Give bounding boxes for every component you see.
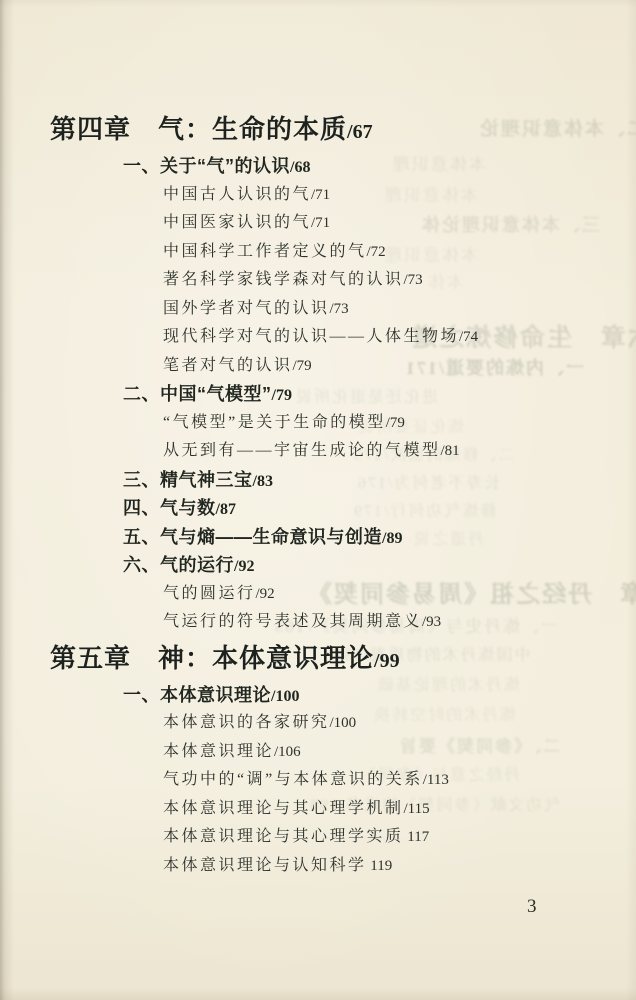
entry-page-number: /92 xyxy=(256,586,275,602)
entry-title: 著名科学家钱学森对气的认识 xyxy=(163,271,404,288)
toc-entry: 中国科学工作者定义的气/72 xyxy=(163,238,636,267)
entry-title: 第四章 气：生命的本质 xyxy=(50,115,347,144)
entry-title: 本体意识理论 xyxy=(163,743,274,760)
toc-chapter-heading: 第五章 神：本体意识理论/99 xyxy=(50,637,636,681)
toc-entry: 六、气的运行/92 xyxy=(123,551,636,580)
entry-page-number: /73 xyxy=(330,301,349,317)
entry-page-number: /106 xyxy=(274,744,301,760)
entry-title: 本体意识理论与其心理学机制 xyxy=(163,800,404,817)
entry-page-number: /79 xyxy=(386,415,405,431)
entry-title: 气功中的“调”与本体意识的关系 xyxy=(163,771,423,788)
entry-title: 四、气与数 xyxy=(123,498,216,518)
toc-entry: 本体意识理论与其心理学机制/115 xyxy=(163,795,636,824)
entry-title: 本体意识理论与认知科学 xyxy=(163,857,367,874)
page-number: 3 xyxy=(527,896,537,918)
entry-title: 五、气与熵——生命意识与创造 xyxy=(123,527,382,547)
entry-page-number: /67 xyxy=(347,121,373,143)
toc-entry: 四、气与数/87 xyxy=(123,494,636,523)
toc-entry: 一、关于“气”的认识/68 xyxy=(123,152,636,181)
entry-page-number: /89 xyxy=(382,530,402,547)
entry-title: 第五章 神：本体意识理论 xyxy=(50,644,374,673)
entry-page-number: /87 xyxy=(216,501,236,518)
entry-title: 二、中国“气模型” xyxy=(123,384,272,404)
toc-entry: 中国医家认识的气/71 xyxy=(163,209,636,238)
entry-title: 中国科学工作者定义的气 xyxy=(163,243,367,260)
entry-title: 中国医家认识的气 xyxy=(163,214,311,231)
toc-entry: 国外学者对气的认识/73 xyxy=(163,295,636,324)
entry-page-number: /72 xyxy=(367,244,386,260)
entry-page-number: /93 xyxy=(422,614,441,630)
entry-page-number: /100 xyxy=(271,688,299,705)
toc-entry: 气运行的符号表述及其周期意义/93 xyxy=(163,608,636,637)
toc-entry: 二、中国“气模型”/79 xyxy=(123,380,636,409)
toc-entry: 著名科学家钱学森对气的认识/73 xyxy=(163,266,636,295)
entry-title: 气运行的符号表述及其周期意义 xyxy=(163,613,422,630)
entry-title: 六、气的运行 xyxy=(123,555,234,575)
toc-entry: “气模型”是关于生命的模型/79 xyxy=(163,409,636,438)
entry-page-number: 117 xyxy=(404,829,430,845)
entry-title: “气模型”是关于生命的模型 xyxy=(163,414,386,431)
scanned-toc-page: 二、本体意识理论本体意识理本体意识理三、本体意识理论体本体意识理本体第六章 生命… xyxy=(0,0,636,1000)
toc-entry: 一、本体意识理论/100 xyxy=(123,681,636,710)
toc: 第四章 气：生命的本质/67一、关于“气”的认识/68中国古人认识的气/71中国… xyxy=(0,0,636,880)
entry-page-number: /71 xyxy=(311,187,330,203)
toc-entry: 气功中的“调”与本体意识的关系/113 xyxy=(163,766,636,795)
entry-page-number: /99 xyxy=(374,650,400,672)
entry-page-number: /113 xyxy=(423,772,449,788)
entry-title: 一、关于“气”的认识 xyxy=(123,156,290,176)
entry-page-number: /68 xyxy=(290,159,310,176)
toc-entry: 本体意识理论与其心理学实质 117 xyxy=(163,823,636,852)
entry-title: 中国古人认识的气 xyxy=(163,186,311,203)
entry-title: 笔者对气的认识 xyxy=(163,357,293,374)
entry-page-number: 119 xyxy=(367,858,393,874)
entry-title: 从无到有——宇宙生成论的气模型 xyxy=(163,442,441,459)
entry-title: 本体意识的各家研究 xyxy=(163,714,330,731)
entry-page-number: /79 xyxy=(272,387,292,404)
toc-chapter-heading: 第四章 气：生命的本质/67 xyxy=(50,108,636,152)
toc-entry: 本体意识理论与认知科学 119 xyxy=(163,852,636,881)
entry-page-number: /79 xyxy=(293,358,312,374)
entry-title: 国外学者对气的认识 xyxy=(163,300,330,317)
entry-page-number: /71 xyxy=(311,215,330,231)
entry-page-number: /83 xyxy=(253,473,273,490)
toc-entry: 本体意识理论/106 xyxy=(163,738,636,767)
entry-page-number: /81 xyxy=(441,443,460,459)
toc-entry: 笔者对气的认识/79 xyxy=(163,352,636,381)
entry-title: 气的圆运行 xyxy=(163,585,256,602)
entry-title: 一、本体意识理论 xyxy=(123,685,271,705)
toc-entry: 中国古人认识的气/71 xyxy=(163,181,636,210)
entry-page-number: /100 xyxy=(330,715,357,731)
toc-entry: 从无到有——宇宙生成论的气模型/81 xyxy=(163,437,636,466)
toc-entry: 气的圆运行/92 xyxy=(163,580,636,609)
toc-entry: 五、气与熵——生命意识与创造/89 xyxy=(123,523,636,552)
entry-title: 三、精气神三宝 xyxy=(123,470,253,490)
entry-page-number: /92 xyxy=(234,558,254,575)
toc-entry: 三、精气神三宝/83 xyxy=(123,466,636,495)
entry-page-number: /115 xyxy=(404,801,430,817)
entry-page-number: /74 xyxy=(459,329,478,345)
entry-page-number: /73 xyxy=(404,272,423,288)
toc-entry: 现代科学对气的认识——人体生物场/74 xyxy=(163,323,636,352)
entry-title: 现代科学对气的认识——人体生物场 xyxy=(163,328,459,345)
entry-title: 本体意识理论与其心理学实质 xyxy=(163,828,404,845)
toc-entry: 本体意识的各家研究/100 xyxy=(163,709,636,738)
